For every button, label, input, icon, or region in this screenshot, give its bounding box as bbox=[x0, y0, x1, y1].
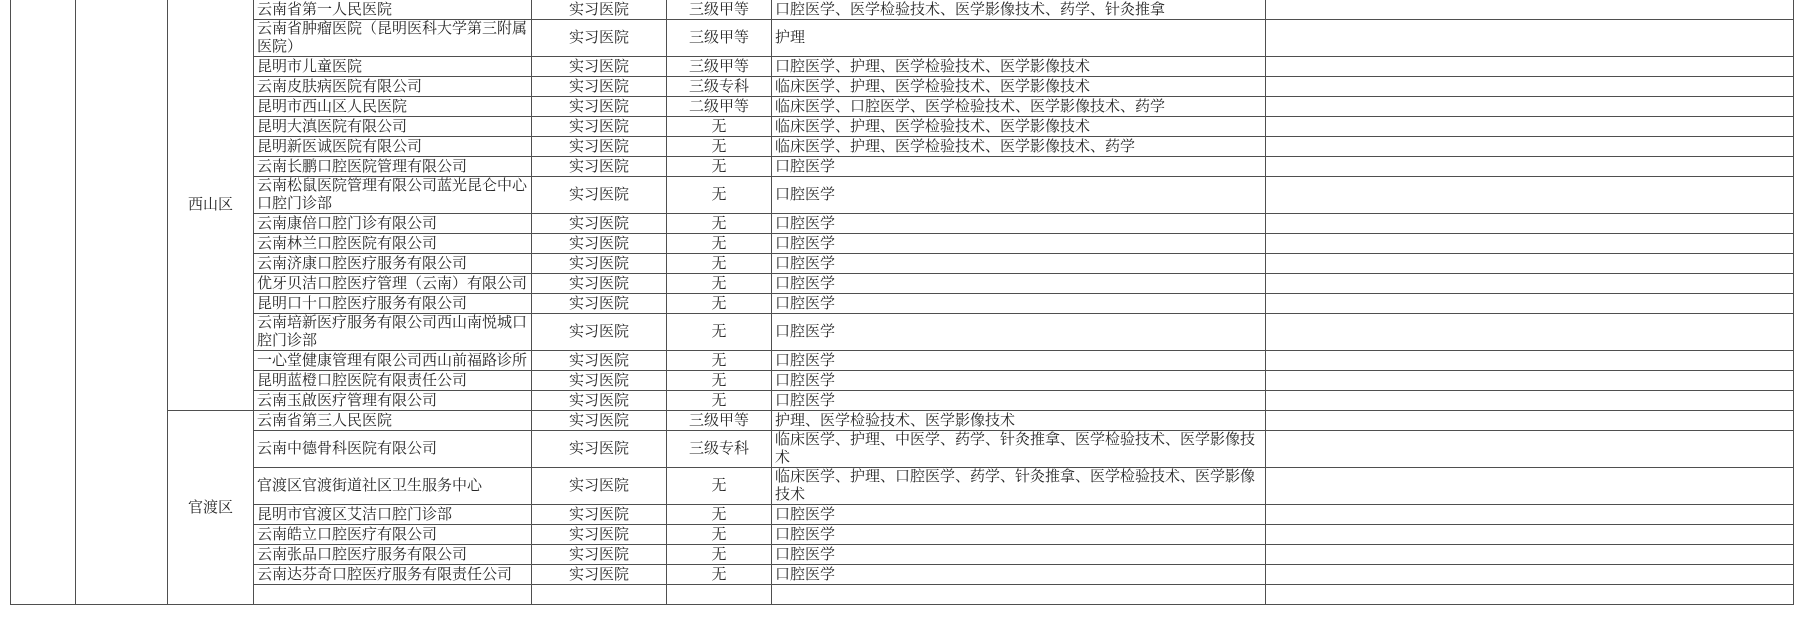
hospital-table-body: 西山区云南省第一人民医院实习医院三级甲等口腔医学、医学检验技术、医学影像技术、药… bbox=[11, 0, 1794, 605]
hospital-type-cell: 实习医院 bbox=[532, 371, 667, 391]
empty-cell bbox=[1266, 411, 1794, 431]
empty-cell bbox=[254, 585, 532, 605]
table-row: 云南培新医疗服务有限公司西山南悦城口腔门诊部实习医院无口腔医学 bbox=[11, 314, 1794, 351]
hospital-type-cell: 实习医院 bbox=[532, 351, 667, 371]
hospital-name-cell: 云南中德骨科医院有限公司 bbox=[254, 431, 532, 468]
empty-cell bbox=[1266, 468, 1794, 505]
hospital-grade-cell: 无 bbox=[667, 294, 772, 314]
table-row: 云南康倍口腔门诊有限公司实习医院无口腔医学 bbox=[11, 214, 1794, 234]
table-row: 云南皮肤病医院有限公司实习医院三级专科临床医学、护理、医学检验技术、医学影像技术 bbox=[11, 77, 1794, 97]
hospital-grade-cell: 无 bbox=[667, 117, 772, 137]
empty-cell bbox=[1266, 0, 1794, 20]
hospital-name-cell: 云南省肿瘤医院（昆明医科大学第三附属医院） bbox=[254, 20, 532, 57]
hospital-grade-cell: 三级专科 bbox=[667, 77, 772, 97]
empty-cell bbox=[1266, 97, 1794, 117]
empty-cell bbox=[1266, 505, 1794, 525]
hospital-name-cell: 昆明大滇医院有限公司 bbox=[254, 117, 532, 137]
hospital-grade-cell: 无 bbox=[667, 214, 772, 234]
hospital-type-cell: 实习医院 bbox=[532, 57, 667, 77]
hospital-majors-cell: 口腔医学 bbox=[772, 254, 1266, 274]
hospital-type-cell: 实习医院 bbox=[532, 565, 667, 585]
hospital-name-cell: 官渡区官渡街道社区卫生服务中心 bbox=[254, 468, 532, 505]
hospital-grade-cell: 无 bbox=[667, 137, 772, 157]
hospital-type-cell: 实习医院 bbox=[532, 0, 667, 20]
hospital-type-cell: 实习医院 bbox=[532, 314, 667, 351]
table-row: 昆明蓝橙口腔医院有限责任公司实习医院无口腔医学 bbox=[11, 371, 1794, 391]
hospital-majors-cell: 口腔医学 bbox=[772, 294, 1266, 314]
table-row: 云南省肿瘤医院（昆明医科大学第三附属医院）实习医院三级甲等护理 bbox=[11, 20, 1794, 57]
hospital-name-cell: 昆明口十口腔医疗服务有限公司 bbox=[254, 294, 532, 314]
hospital-type-cell: 实习医院 bbox=[532, 214, 667, 234]
table-row: 云南玉啟医疗管理有限公司实习医院无口腔医学 bbox=[11, 391, 1794, 411]
hospital-majors-cell: 临床医学、护理、口腔医学、药学、针灸推拿、医学检验技术、医学影像技术 bbox=[772, 468, 1266, 505]
hospital-grade-cell: 无 bbox=[667, 565, 772, 585]
empty-cell bbox=[1266, 294, 1794, 314]
hospital-grade-cell: 无 bbox=[667, 468, 772, 505]
hospital-grade-cell: 三级甲等 bbox=[667, 57, 772, 77]
hospital-name-cell: 昆明市西山区人民医院 bbox=[254, 97, 532, 117]
hospital-type-cell: 实习医院 bbox=[532, 274, 667, 294]
hospital-majors-cell: 口腔医学 bbox=[772, 351, 1266, 371]
empty-cell bbox=[1266, 525, 1794, 545]
hospital-majors-cell: 口腔医学 bbox=[772, 525, 1266, 545]
table-row: 云南林兰口腔医院有限公司实习医院无口腔医学 bbox=[11, 234, 1794, 254]
table-row: 云南皓立口腔医疗有限公司实习医院无口腔医学 bbox=[11, 525, 1794, 545]
hospital-grade-cell: 无 bbox=[667, 314, 772, 351]
hospital-majors-cell: 临床医学、护理、医学检验技术、医学影像技术 bbox=[772, 117, 1266, 137]
empty-cell bbox=[1266, 57, 1794, 77]
hospital-type-cell: 实习医院 bbox=[532, 77, 667, 97]
empty-cell bbox=[1266, 177, 1794, 214]
hospital-type-cell: 实习医院 bbox=[532, 391, 667, 411]
empty-cell bbox=[1266, 234, 1794, 254]
table-row: 云南济康口腔医疗服务有限公司实习医院无口腔医学 bbox=[11, 254, 1794, 274]
hospital-grade-cell: 三级专科 bbox=[667, 431, 772, 468]
empty-cell bbox=[1266, 117, 1794, 137]
hospital-majors-cell: 口腔医学、医学检验技术、医学影像技术、药学、针灸推拿 bbox=[772, 0, 1266, 20]
empty-cell bbox=[1266, 214, 1794, 234]
hospital-majors-cell: 临床医学、口腔医学、医学检验技术、医学影像技术、药学 bbox=[772, 97, 1266, 117]
hospital-grade-cell: 无 bbox=[667, 525, 772, 545]
hospital-majors-cell: 护理 bbox=[772, 20, 1266, 57]
empty-cell bbox=[1266, 157, 1794, 177]
hospital-type-cell: 实习医院 bbox=[532, 117, 667, 137]
empty-cell bbox=[1266, 77, 1794, 97]
hospital-name-cell: 云南松鼠医院管理有限公司蓝光昆仑中心口腔门诊部 bbox=[254, 177, 532, 214]
table-row: 昆明市官渡区艾洁口腔门诊部实习医院无口腔医学 bbox=[11, 505, 1794, 525]
hospital-name-cell: 云南培新医疗服务有限公司西山南悦城口腔门诊部 bbox=[254, 314, 532, 351]
hospital-majors-cell: 口腔医学、护理、医学检验技术、医学影像技术 bbox=[772, 57, 1266, 77]
hospital-grade-cell: 无 bbox=[667, 505, 772, 525]
hospital-name-cell: 云南达芬奇口腔医疗服务有限责任公司 bbox=[254, 565, 532, 585]
empty-cell bbox=[1266, 391, 1794, 411]
table-row: 昆明大滇医院有限公司实习医院无临床医学、护理、医学检验技术、医学影像技术 bbox=[11, 117, 1794, 137]
hospital-grade-cell: 三级甲等 bbox=[667, 20, 772, 57]
district-cell: 官渡区 bbox=[168, 411, 254, 605]
hospital-name-cell: 云南玉啟医疗管理有限公司 bbox=[254, 391, 532, 411]
table-row: 昆明市西山区人民医院实习医院二级甲等临床医学、口腔医学、医学检验技术、医学影像技… bbox=[11, 97, 1794, 117]
hospital-majors-cell: 口腔医学 bbox=[772, 391, 1266, 411]
empty-cell bbox=[1266, 20, 1794, 57]
hospital-type-cell: 实习医院 bbox=[532, 157, 667, 177]
hospital-type-cell: 实习医院 bbox=[532, 234, 667, 254]
hospital-type-cell: 实习医院 bbox=[532, 294, 667, 314]
hospital-name-cell: 云南省第三人民医院 bbox=[254, 411, 532, 431]
left-margin-cell-1 bbox=[11, 0, 76, 605]
hospital-majors-cell: 口腔医学 bbox=[772, 177, 1266, 214]
hospital-majors-cell: 口腔医学 bbox=[772, 314, 1266, 351]
empty-cell bbox=[1266, 431, 1794, 468]
table-row: 昆明新医诚医院有限公司实习医院无临床医学、护理、医学检验技术、医学影像技术、药学 bbox=[11, 137, 1794, 157]
empty-cell bbox=[1266, 371, 1794, 391]
table-row: 云南松鼠医院管理有限公司蓝光昆仑中心口腔门诊部实习医院无口腔医学 bbox=[11, 177, 1794, 214]
hospital-name-cell: 云南皮肤病医院有限公司 bbox=[254, 77, 532, 97]
empty-cell bbox=[1266, 314, 1794, 351]
hospital-name-cell: 一心堂健康管理有限公司西山前福路诊所 bbox=[254, 351, 532, 371]
hospital-grade-cell: 无 bbox=[667, 391, 772, 411]
hospital-name-cell: 云南省第一人民医院 bbox=[254, 0, 532, 20]
hospital-name-cell: 优牙贝洁口腔医疗管理（云南）有限公司 bbox=[254, 274, 532, 294]
hospital-grade-cell: 无 bbox=[667, 234, 772, 254]
district-cell: 西山区 bbox=[168, 0, 254, 411]
hospital-type-cell: 实习医院 bbox=[532, 137, 667, 157]
table-row: 一心堂健康管理有限公司西山前福路诊所实习医院无口腔医学 bbox=[11, 351, 1794, 371]
empty-cell bbox=[532, 585, 667, 605]
empty-cell bbox=[1266, 351, 1794, 371]
table-row: 优牙贝洁口腔医疗管理（云南）有限公司实习医院无口腔医学 bbox=[11, 274, 1794, 294]
table-row: 云南中德骨科医院有限公司实习医院三级专科临床医学、护理、中医学、药学、针灸推拿、… bbox=[11, 431, 1794, 468]
table-row: 云南达芬奇口腔医疗服务有限责任公司实习医院无口腔医学 bbox=[11, 565, 1794, 585]
hospital-type-cell: 实习医院 bbox=[532, 177, 667, 214]
table-row: 云南张品口腔医疗服务有限公司实习医院无口腔医学 bbox=[11, 545, 1794, 565]
hospital-name-cell: 云南皓立口腔医疗有限公司 bbox=[254, 525, 532, 545]
hospital-table: 西山区云南省第一人民医院实习医院三级甲等口腔医学、医学检验技术、医学影像技术、药… bbox=[10, 0, 1794, 605]
table-row: 官渡区官渡街道社区卫生服务中心实习医院无临床医学、护理、口腔医学、药学、针灸推拿… bbox=[11, 468, 1794, 505]
hospital-grade-cell: 无 bbox=[667, 177, 772, 214]
hospital-majors-cell: 口腔医学 bbox=[772, 545, 1266, 565]
empty-cell bbox=[1266, 565, 1794, 585]
hospital-majors-cell: 口腔医学 bbox=[772, 234, 1266, 254]
hospital-majors-cell: 口腔医学 bbox=[772, 505, 1266, 525]
hospital-grade-cell: 二级甲等 bbox=[667, 97, 772, 117]
hospital-majors-cell: 口腔医学 bbox=[772, 157, 1266, 177]
table-row: 西山区云南省第一人民医院实习医院三级甲等口腔医学、医学检验技术、医学影像技术、药… bbox=[11, 0, 1794, 20]
hospital-grade-cell: 三级甲等 bbox=[667, 411, 772, 431]
table-row: 昆明市儿童医院实习医院三级甲等口腔医学、护理、医学检验技术、医学影像技术 bbox=[11, 57, 1794, 77]
document-page: 西山区云南省第一人民医院实习医院三级甲等口腔医学、医学检验技术、医学影像技术、药… bbox=[0, 0, 1801, 637]
hospital-type-cell: 实习医院 bbox=[532, 20, 667, 57]
hospital-type-cell: 实习医院 bbox=[532, 525, 667, 545]
hospital-grade-cell: 无 bbox=[667, 371, 772, 391]
left-margin-cell-2 bbox=[76, 0, 168, 605]
hospital-majors-cell: 护理、医学检验技术、医学影像技术 bbox=[772, 411, 1266, 431]
empty-cell bbox=[1266, 585, 1794, 605]
empty-cell bbox=[772, 585, 1266, 605]
hospital-grade-cell: 三级甲等 bbox=[667, 0, 772, 20]
table-row-partial bbox=[11, 585, 1794, 605]
hospital-majors-cell: 口腔医学 bbox=[772, 565, 1266, 585]
empty-cell bbox=[667, 585, 772, 605]
hospital-name-cell: 昆明新医诚医院有限公司 bbox=[254, 137, 532, 157]
hospital-grade-cell: 无 bbox=[667, 545, 772, 565]
hospital-name-cell: 云南康倍口腔门诊有限公司 bbox=[254, 214, 532, 234]
hospital-name-cell: 云南济康口腔医疗服务有限公司 bbox=[254, 254, 532, 274]
hospital-name-cell: 昆明市官渡区艾洁口腔门诊部 bbox=[254, 505, 532, 525]
hospital-type-cell: 实习医院 bbox=[532, 431, 667, 468]
empty-cell bbox=[1266, 274, 1794, 294]
table-row: 昆明口十口腔医疗服务有限公司实习医院无口腔医学 bbox=[11, 294, 1794, 314]
hospital-type-cell: 实习医院 bbox=[532, 97, 667, 117]
hospital-name-cell: 昆明市儿童医院 bbox=[254, 57, 532, 77]
table-row: 云南长鹏口腔医院管理有限公司实习医院无口腔医学 bbox=[11, 157, 1794, 177]
empty-cell bbox=[1266, 254, 1794, 274]
table-row: 官渡区云南省第三人民医院实习医院三级甲等护理、医学检验技术、医学影像技术 bbox=[11, 411, 1794, 431]
hospital-type-cell: 实习医院 bbox=[532, 254, 667, 274]
hospital-majors-cell: 临床医学、护理、医学检验技术、医学影像技术 bbox=[772, 77, 1266, 97]
empty-cell bbox=[1266, 137, 1794, 157]
hospital-type-cell: 实习医院 bbox=[532, 505, 667, 525]
hospital-name-cell: 昆明蓝橙口腔医院有限责任公司 bbox=[254, 371, 532, 391]
hospital-name-cell: 云南长鹏口腔医院管理有限公司 bbox=[254, 157, 532, 177]
hospital-type-cell: 实习医院 bbox=[532, 411, 667, 431]
hospital-name-cell: 云南林兰口腔医院有限公司 bbox=[254, 234, 532, 254]
hospital-majors-cell: 口腔医学 bbox=[772, 214, 1266, 234]
hospital-majors-cell: 临床医学、护理、中医学、药学、针灸推拿、医学检验技术、医学影像技术 bbox=[772, 431, 1266, 468]
hospital-grade-cell: 无 bbox=[667, 254, 772, 274]
hospital-grade-cell: 无 bbox=[667, 274, 772, 294]
empty-cell bbox=[1266, 545, 1794, 565]
hospital-type-cell: 实习医院 bbox=[532, 468, 667, 505]
hospital-type-cell: 实习医院 bbox=[532, 545, 667, 565]
hospital-name-cell: 云南张品口腔医疗服务有限公司 bbox=[254, 545, 532, 565]
hospital-majors-cell: 口腔医学 bbox=[772, 371, 1266, 391]
hospital-grade-cell: 无 bbox=[667, 157, 772, 177]
hospital-majors-cell: 临床医学、护理、医学检验技术、医学影像技术、药学 bbox=[772, 137, 1266, 157]
hospital-majors-cell: 口腔医学 bbox=[772, 274, 1266, 294]
hospital-grade-cell: 无 bbox=[667, 351, 772, 371]
